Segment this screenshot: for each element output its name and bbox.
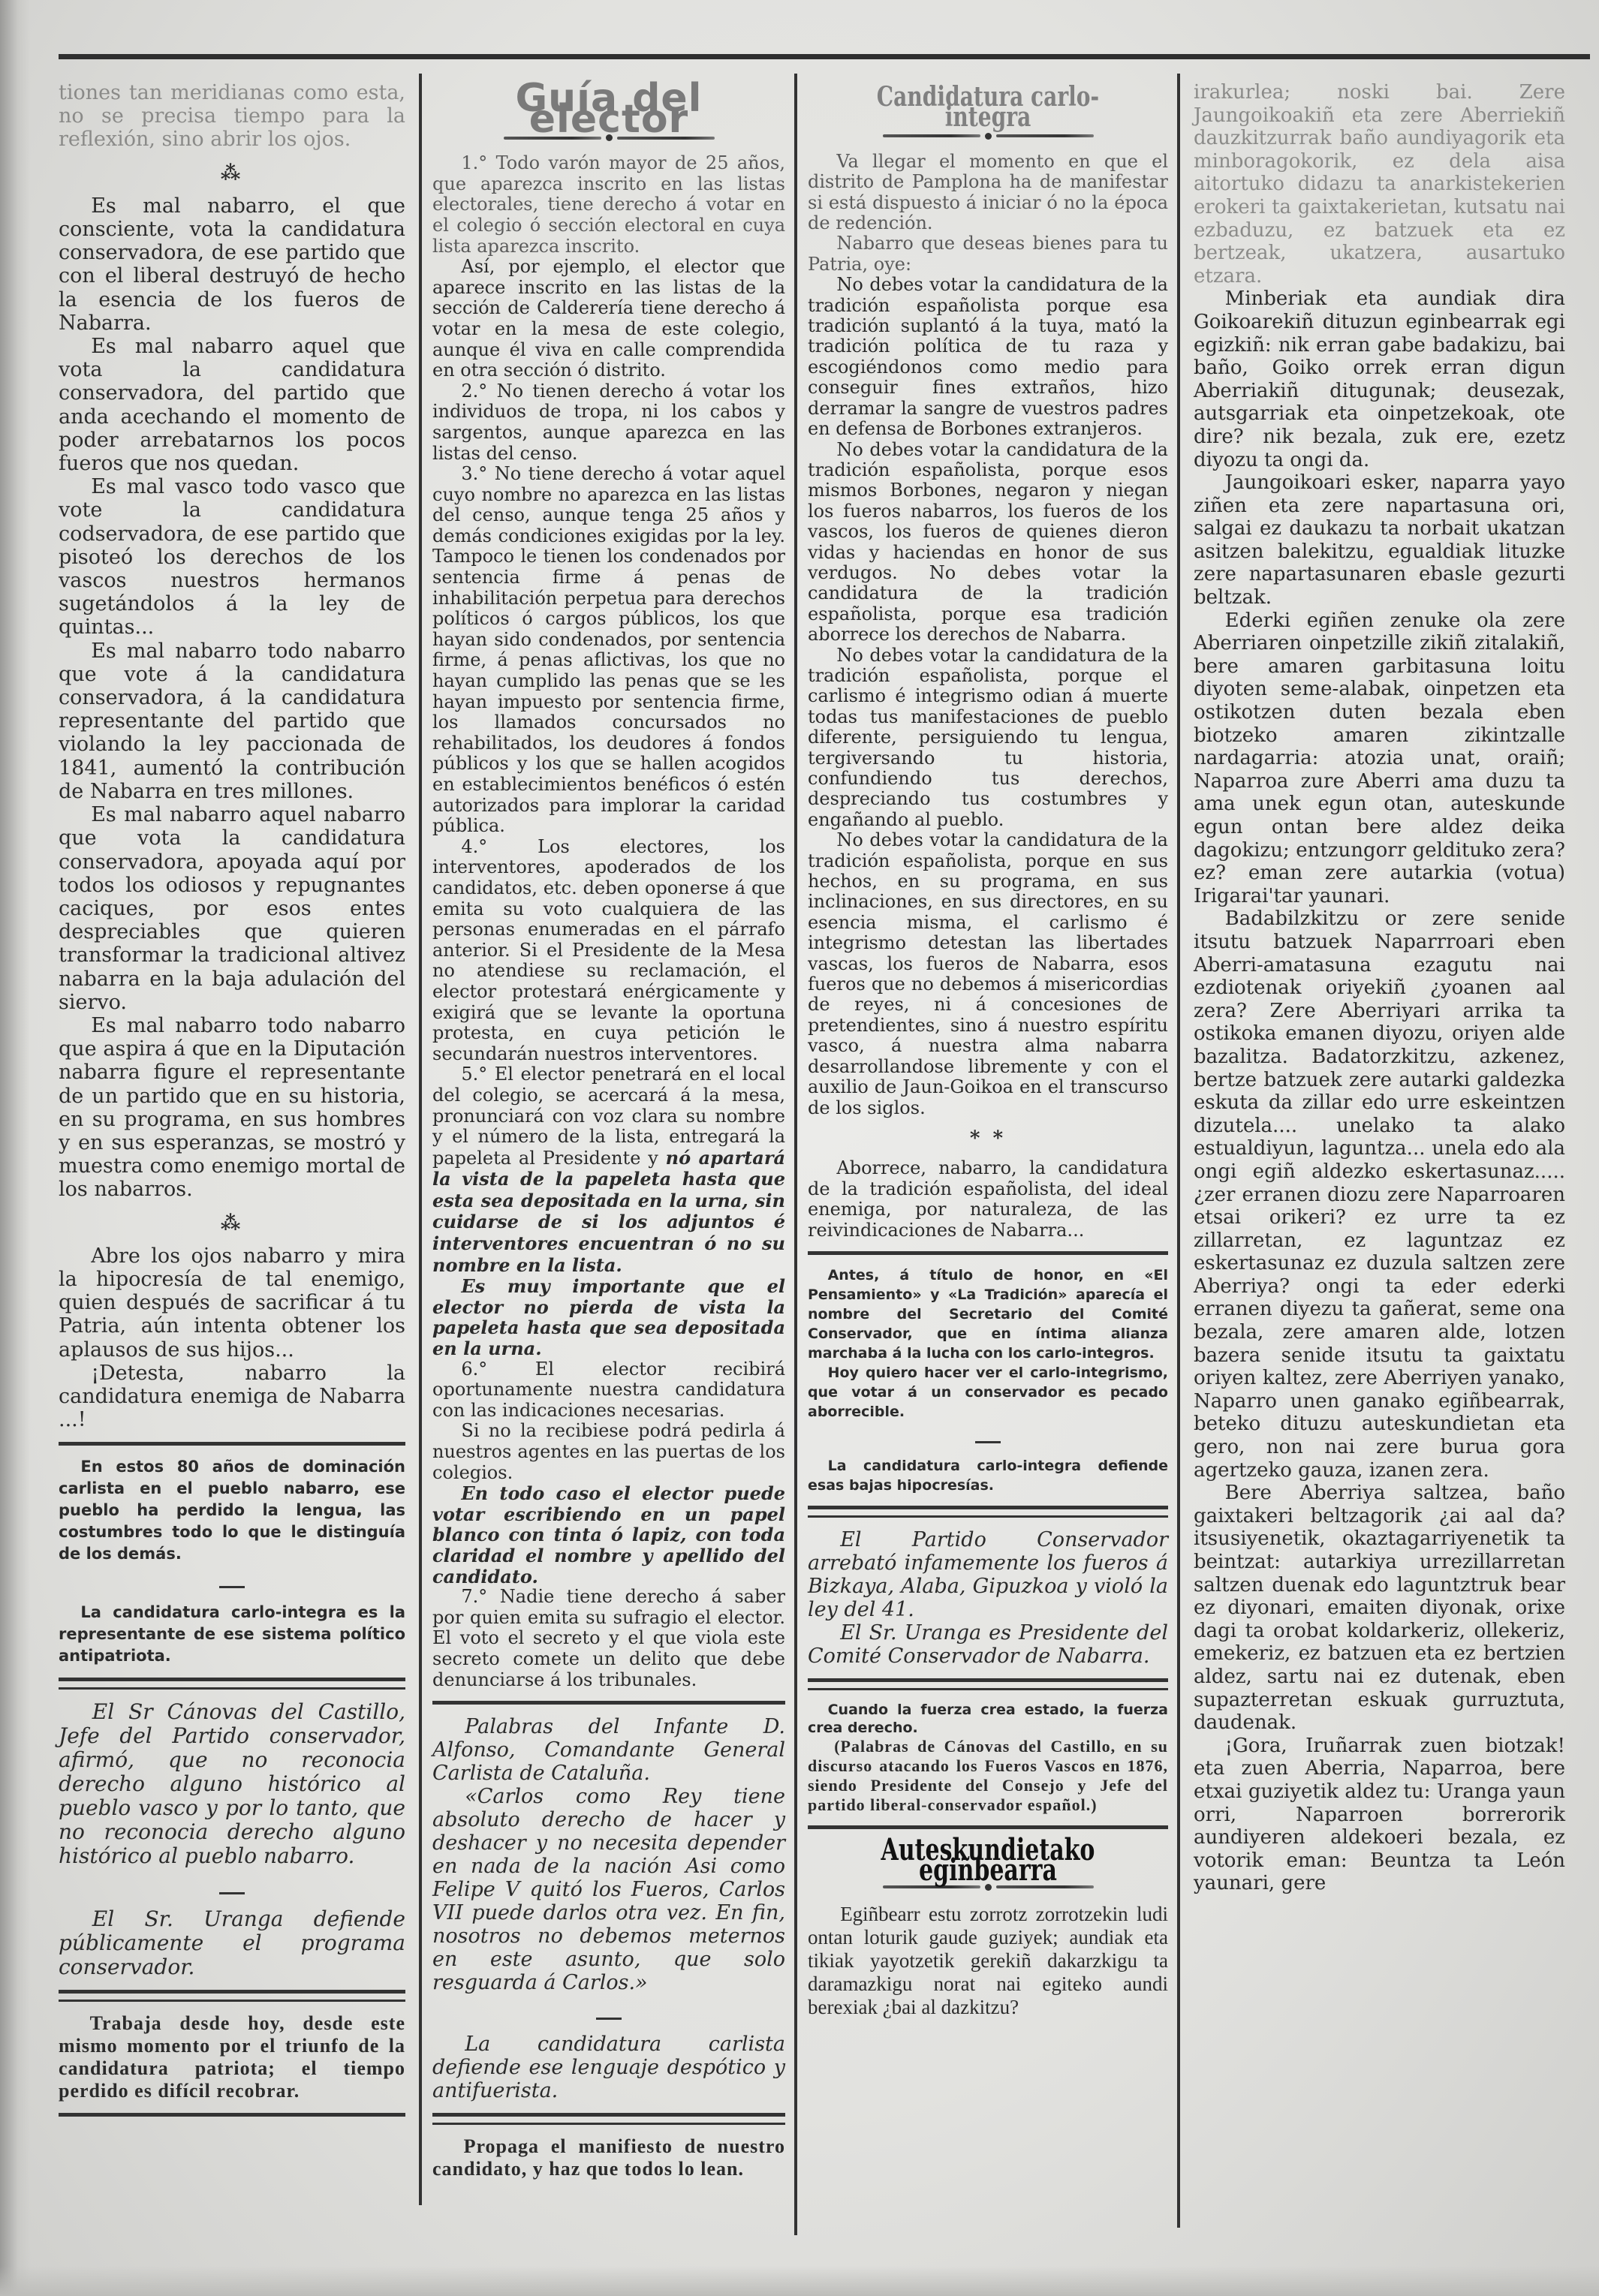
- dash-separator: [59, 1876, 405, 1900]
- quote-attribution: (Palabras de Cánovas del Castillo, en su…: [808, 1737, 1168, 1815]
- scan-shadow-bottom: [0, 2266, 1599, 2296]
- footer-note: Trabaja desde hoy, desde este mismo mome…: [59, 2012, 405, 2102]
- quote-intro: Palabras del Infante D. Alfonso, Comanda…: [432, 1715, 785, 1785]
- canovas-quote: Cuando la fuerza crea estado, la fuerza …: [808, 1701, 1168, 1737]
- bold-note: En estos 80 años de dominación carlista …: [59, 1456, 405, 1565]
- guide-item: 6.° El elector recibirá oportunamente nu…: [432, 1359, 785, 1422]
- paragraph: Es mal nabarro, el que consciente, vota …: [59, 194, 405, 335]
- double-rule: [59, 1678, 405, 1690]
- rule: [59, 1442, 405, 1446]
- italic-note: El Sr Cánovas del Castillo, Jefe del Par…: [59, 1700, 405, 1868]
- guide-item: 3.° No tiene derecho á votar aquel cuyo …: [432, 464, 785, 837]
- italic-note: El Partido Conservador arrebató infameme…: [808, 1528, 1168, 1621]
- section-title-auteskundietako: Auteskundietako egiñbearra: [853, 1840, 1123, 1881]
- quote-block: Palabras del Infante D. Alfonso, Comanda…: [432, 1715, 785, 2102]
- any-case-note: En todo caso el elector puede votar escr…: [432, 1483, 785, 1587]
- title-ornament: [808, 133, 1168, 140]
- paragraph: Bere Aberriya saltzea, baño gaixtakeri b…: [1194, 1482, 1565, 1735]
- title-ornament: [432, 134, 785, 141]
- asterism-separator: ⁂: [59, 1212, 405, 1235]
- column-2: Guía del elector 1.° Todo varón mayor de…: [432, 81, 785, 2180]
- dash-separator: [59, 1572, 405, 1594]
- guide-item: 7.° Nadie tiene derecho á saber por quie…: [432, 1587, 785, 1690]
- paragraph: Es mal nabarro todo nabarro que vote á l…: [59, 639, 405, 803]
- scan-shadow-left: [0, 0, 30, 2296]
- double-rule: [808, 1678, 1168, 1690]
- column-divider-3: [1177, 74, 1180, 2228]
- newspaper-page: tiones tan meridianas como esta, no se p…: [0, 0, 1599, 2296]
- column-divider-1: [419, 74, 422, 2205]
- footer-note: Propaga el manifiesto de nuestro candida…: [432, 2135, 785, 2180]
- paragraph: Abre los ojos nabarro y mira la hipocres…: [59, 1244, 405, 1362]
- paragraph: ¡Gora, Iruñarrak zuen biotzak! eta zuen …: [1194, 1735, 1565, 1895]
- paragraph: Aborrece, nabarro, la candidatura de la …: [808, 1158, 1168, 1241]
- column-3: Candidatura carlo-integra Va llegar el m…: [808, 81, 1168, 2019]
- important-note: Es muy importante que el elector no pier…: [432, 1276, 785, 1359]
- bold-note: La candidatura carlo-integra es la repre…: [59, 1602, 405, 1667]
- guide-item-5: 5.° El elector penetrará en el local del…: [432, 1064, 785, 1276]
- italic-note-block: El Partido Conservador arrebató infameme…: [808, 1528, 1168, 1668]
- dash-separator: [808, 1429, 1168, 1449]
- guide-item: Si no la recibiese podrá pedirla á nuest…: [432, 1421, 785, 1483]
- dash-separator: [432, 2002, 785, 2025]
- bold-note: Hoy quiero hacer ver el carlo-integrismo…: [808, 1363, 1168, 1422]
- quote-comment: La candidatura carlista defiende ese len…: [432, 2033, 785, 2102]
- paragraph: No debes votar la candidatura de la trad…: [808, 830, 1168, 1118]
- quote-bold: Cuando la fuerza crea estado, la fuerza …: [808, 1701, 1168, 1737]
- paragraph: Badabilzkitzu or zere senide itsutu batz…: [1194, 907, 1565, 1482]
- paragraph: ¡Detesta, nabarro la candidatura enemiga…: [59, 1362, 405, 1432]
- double-rule: [808, 1506, 1168, 1518]
- column-divider-2: [794, 74, 797, 2235]
- asterism-separator: * *: [808, 1129, 1168, 1149]
- paragraph: No debes votar la candidatura de la trad…: [808, 275, 1168, 439]
- paragraph: irakurlea; noski bai. Zere Jaungoikoakiñ…: [1194, 81, 1565, 287]
- paragraph: Es mal nabarro todo nabarro que aspira á…: [59, 1014, 405, 1202]
- bold-note: La candidatura carlo-integra defiende es…: [808, 1456, 1168, 1495]
- paragraph: Es mal nabarro aquel nabarro que vota la…: [59, 803, 405, 1014]
- guide-item: 1.° Todo varón mayor de 25 años, que apa…: [432, 153, 785, 257]
- rule: [59, 2113, 405, 2117]
- paragraph: No debes votar la candidatura de la trad…: [808, 440, 1168, 645]
- footer-note-block: Propaga el manifiesto de nuestro candida…: [432, 2135, 785, 2180]
- top-rule: [59, 54, 1590, 59]
- section-title-candidatura: Candidatura carlo-integra: [848, 87, 1128, 128]
- italic-note: El Sr. Uranga es Presidente del Comité C…: [808, 1621, 1168, 1668]
- guide-item: 2.° No tienen derecho á votar los indivi…: [432, 381, 785, 464]
- paragraph: Egiñbearr estu zorrotz zorrotzekin ludi …: [808, 1903, 1168, 2019]
- rule: [808, 1825, 1168, 1829]
- rule: [808, 1251, 1168, 1255]
- asterism-separator: ⁂: [59, 162, 405, 185]
- intro-text: tiones tan meridianas como esta, no se p…: [59, 81, 405, 152]
- column-1: tiones tan meridianas como esta, no se p…: [59, 81, 405, 2127]
- quote-attribution-block: (Palabras de Cánovas del Castillo, en su…: [808, 1737, 1168, 1815]
- paragraph: Es mal nabarro aquel que vota la candida…: [59, 335, 405, 475]
- footer-note-block: Trabaja desde hoy, desde este mismo mome…: [59, 2012, 405, 2102]
- paragraph: Es mal vasco todo vasco que vote la cand…: [59, 475, 405, 639]
- double-rule: [59, 1990, 405, 2002]
- paragraph: Minberiak eta aundiak dira Goikoarekiñ d…: [1194, 287, 1565, 471]
- italic-note-block: El Sr Cánovas del Castillo, Jefe del Par…: [59, 1700, 405, 1979]
- paragraph: Ederki egiñen zenuke ola zere Aberriaren…: [1194, 609, 1565, 908]
- quote-text: «Carlos como Rey tiene absoluto derecho …: [432, 1785, 785, 1994]
- paragraph: No debes votar la candidatura de la trad…: [808, 645, 1168, 831]
- column-4: irakurlea; noski bai. Zere Jaungoikoakiñ…: [1194, 81, 1565, 1895]
- bold-note-block: Antes, á título de honor, en «El Pensami…: [808, 1265, 1168, 1495]
- bold-note-block: En estos 80 años de dominación carlista …: [59, 1456, 405, 1667]
- guide-item: Así, por ejemplo, el elector que aparece…: [432, 257, 785, 381]
- double-rule: [432, 2113, 785, 2125]
- paragraph: Nabarro que deseas bienes para tu Patria…: [808, 233, 1168, 275]
- section-title-guia-del-elector: Guía del elector: [432, 89, 785, 130]
- rule: [432, 1701, 785, 1705]
- bold-note: Antes, á título de honor, en «El Pensami…: [808, 1265, 1168, 1363]
- paragraph: Va llegar el momento en que el distrito …: [808, 152, 1168, 234]
- guide-item: 4.° Los electores, los interventores, ap…: [432, 837, 785, 1065]
- paragraph: Jaungoikoari esker, naparra yayo ziñen e…: [1194, 471, 1565, 609]
- italic-note: El Sr. Uranga defiende públicamente el p…: [59, 1907, 405, 1979]
